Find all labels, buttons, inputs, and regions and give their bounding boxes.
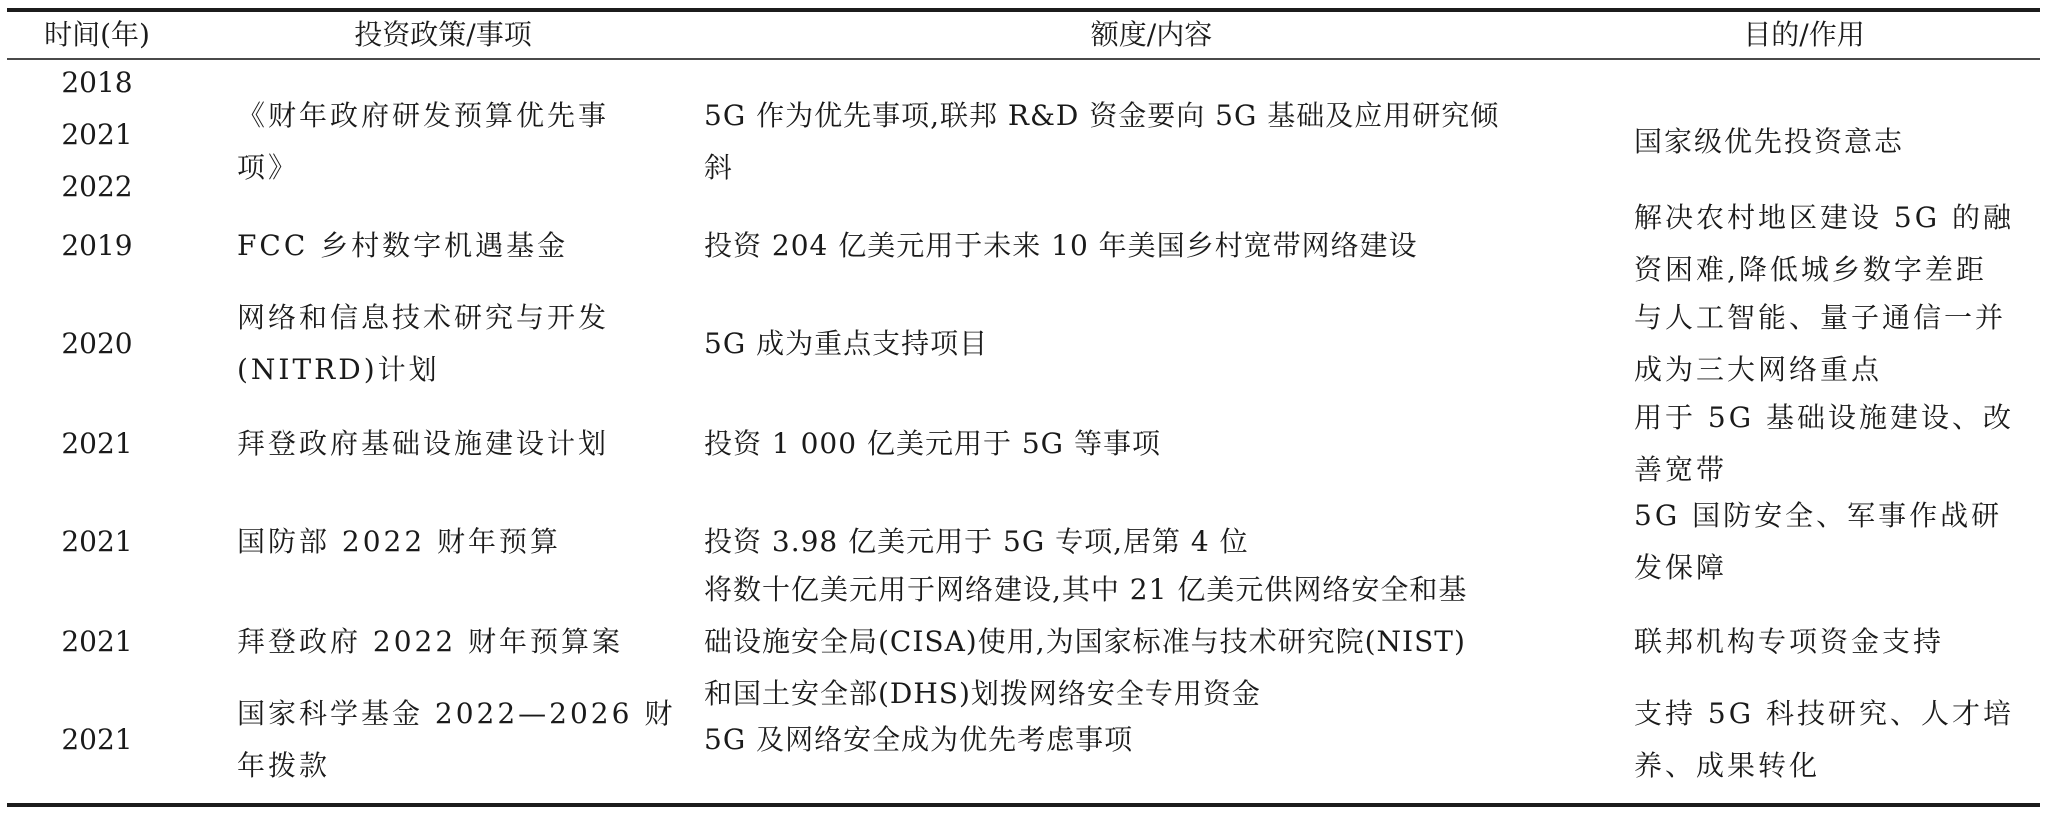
header-policy: 投资政策/事项: [187, 15, 699, 55]
year-cell: 2020: [7, 318, 187, 370]
amount-text: 将数十亿美元用于网络建设,其中 21 亿美元供网络安全和基: [704, 564, 1467, 616]
year-value: 2021: [7, 109, 187, 161]
amount-cell: 将数十亿美元用于网络建设,其中 21 亿美元供网络安全和基 础设施安全局(CIS…: [704, 564, 1467, 720]
purpose-text: 联邦机构专项资金支持: [1634, 616, 1944, 668]
purpose-cell: 解决农村地区建设 5G 的融 资困难,降低城乡数字差距: [1634, 192, 2014, 296]
policy-cell: 拜登政府 2022 财年预算案: [237, 616, 623, 668]
policy-text: 国家科学基金 2022—2026 财: [237, 688, 675, 740]
year-cell: 2021: [7, 714, 187, 766]
purpose-cell: 用于 5G 基础设施建设、改 善宽带: [1634, 392, 2014, 496]
header-year: 时间(年): [7, 15, 187, 55]
purpose-text: 与人工智能、量子通信一并: [1634, 292, 2006, 344]
amount-text: 础设施安全局(CISA)使用,为国家标准与技术研究院(NIST): [704, 616, 1467, 668]
amount-text: 投资 204 亿美元用于未来 10 年美国乡村宽带网络建设: [704, 220, 1418, 272]
amount-text: 斜: [704, 142, 1499, 194]
year-value: 2021: [61, 427, 132, 460]
year-value: 2021: [61, 625, 132, 658]
purpose-cell: 支持 5G 科技研究、人才培 养、成果转化: [1634, 688, 2014, 792]
policy-cell: 拜登政府基础设施建设计划: [237, 418, 609, 470]
purpose-text: 支持 5G 科技研究、人才培: [1634, 688, 2014, 740]
year-cell: 2021: [7, 418, 187, 470]
amount-cell: 投资 1 000 亿美元用于 5G 等事项: [704, 418, 1161, 470]
policy-text: 网络和信息技术研究与开发: [237, 292, 609, 344]
amount-text: 投资 1 000 亿美元用于 5G 等事项: [704, 418, 1161, 470]
policy-text: FCC 乡村数字机遇基金: [237, 220, 568, 272]
policy-text: 《财年政府研发预算优先事: [237, 90, 609, 142]
purpose-text: 用于 5G 基础设施建设、改: [1634, 392, 2014, 444]
amount-text: 5G 作为优先事项,联邦 R&D 资金要向 5G 基础及应用研究倾: [704, 90, 1499, 142]
purpose-text: 养、成果转化: [1634, 740, 2014, 792]
amount-cell: 5G 作为优先事项,联邦 R&D 资金要向 5G 基础及应用研究倾 斜: [704, 90, 1499, 194]
table-header-row: 时间(年) 投资政策/事项 额度/内容 目的/作用: [7, 12, 2040, 58]
policy-text: 拜登政府基础设施建设计划: [237, 418, 609, 470]
amount-cell: 5G 成为重点支持项目: [704, 318, 988, 370]
policy-cell: 网络和信息技术研究与开发 (NITRD)计划: [237, 292, 609, 396]
policy-cell: 《财年政府研发预算优先事 项》: [237, 90, 609, 194]
policy-text: 项》: [237, 142, 609, 194]
amount-cell: 5G 及网络安全成为优先考虑事项: [704, 714, 1133, 766]
purpose-text: 解决农村地区建设 5G 的融: [1634, 192, 2014, 244]
policy-text: 年拨款: [237, 740, 675, 792]
year-cell: 2019: [7, 220, 187, 272]
year-value: 2022: [7, 161, 187, 213]
purpose-text: 善宽带: [1634, 444, 2014, 496]
policy-text: 国防部 2022 财年预算: [237, 516, 561, 568]
amount-text: 5G 成为重点支持项目: [704, 318, 988, 370]
table-body: 2018 2021 2022 《财年政府研发预算优先事 项》 5G 作为优先事项…: [7, 60, 2040, 803]
purpose-text: 5G 国防安全、军事作战研: [1634, 490, 2002, 542]
purpose-cell: 国家级优先投资意志: [1634, 116, 1904, 168]
policy-text: (NITRD)计划: [237, 344, 609, 396]
year-cell: 2018 2021 2022: [7, 57, 187, 213]
policy-text: 拜登政府 2022 财年预算案: [237, 616, 623, 668]
investment-policy-table: 时间(年) 投资政策/事项 额度/内容 目的/作用 2018 2021 2022…: [7, 8, 2040, 807]
header-purpose: 目的/作用: [1604, 15, 2004, 55]
purpose-text: 国家级优先投资意志: [1634, 116, 1904, 168]
year-cell: 2021: [7, 616, 187, 668]
purpose-cell: 5G 国防安全、军事作战研 发保障: [1634, 490, 2002, 594]
table-row: 2018 2021 2022: [7, 60, 187, 210]
year-value: 2019: [61, 229, 132, 262]
year-cell: 2021: [7, 516, 187, 568]
policy-cell: 国家科学基金 2022—2026 财 年拨款: [237, 688, 675, 792]
amount-text: 5G 及网络安全成为优先考虑事项: [704, 714, 1133, 766]
purpose-cell: 与人工智能、量子通信一并 成为三大网络重点: [1634, 292, 2006, 396]
amount-text: 和国土安全部(DHS)划拨网络安全专用资金: [704, 668, 1467, 720]
year-value: 2021: [61, 525, 132, 558]
amount-text: 投资 3.98 亿美元用于 5G 专项,居第 4 位: [704, 516, 1249, 568]
amount-cell: 投资 204 亿美元用于未来 10 年美国乡村宽带网络建设: [704, 220, 1418, 272]
header-amount: 额度/内容: [699, 15, 1604, 55]
policy-cell: FCC 乡村数字机遇基金: [237, 220, 568, 272]
purpose-text: 资困难,降低城乡数字差距: [1634, 244, 2014, 296]
year-value: 2018: [7, 57, 187, 109]
purpose-text: 发保障: [1634, 542, 2002, 594]
purpose-text: 成为三大网络重点: [1634, 344, 2006, 396]
amount-cell: 投资 3.98 亿美元用于 5G 专项,居第 4 位: [704, 516, 1249, 568]
purpose-cell: 联邦机构专项资金支持: [1634, 616, 1944, 668]
year-value: 2020: [61, 327, 132, 360]
year-value: 2021: [61, 723, 132, 756]
table-bottom-rule: [7, 803, 2040, 807]
policy-cell: 国防部 2022 财年预算: [237, 516, 561, 568]
